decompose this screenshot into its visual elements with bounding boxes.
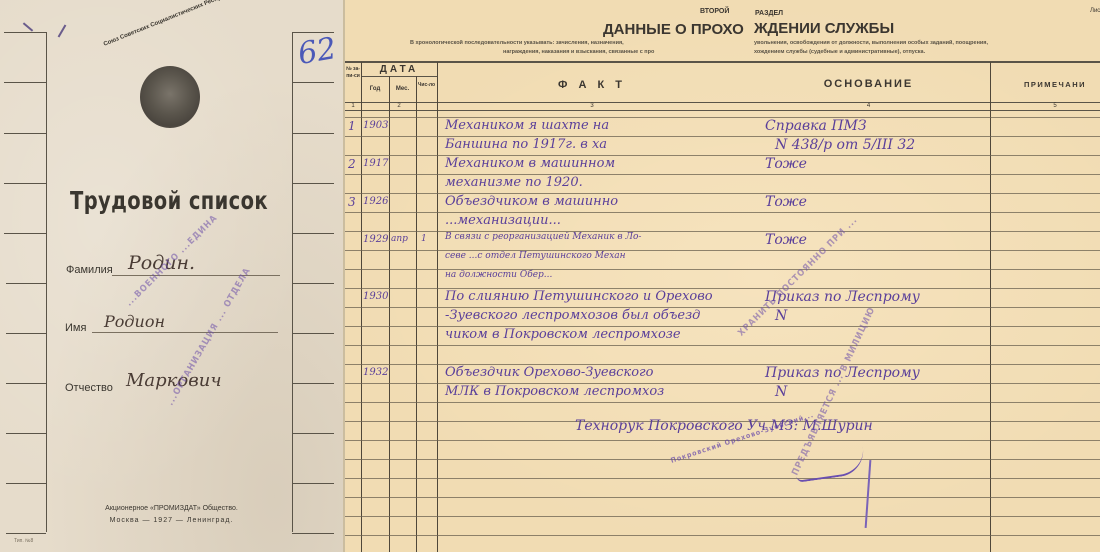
table-top-rule [345,61,1100,63]
ruled-line [345,516,1100,517]
cover-tab-line [6,283,46,284]
cover-tab-line [6,433,46,434]
publisher-city: Москва — 1927 — Ленинград. [0,517,343,524]
surname-label: Фамилия [66,264,113,276]
cover-tab-line [292,133,334,134]
entry-fact-line: МЛК в Покровском леспромхоз [445,384,664,399]
cover-right-border [292,32,293,532]
cover-tab-line [6,383,46,384]
entry-basis-line: N 438/р от 5/III 32 [775,137,915,153]
cover-tab-line [4,233,46,234]
entry-year: 1903 [363,120,388,131]
signature-tail [865,460,872,528]
date-group-rule [361,76,437,77]
entry-year: 1930 [363,291,388,302]
entry-basis-line: N [775,308,787,324]
entry-basis-line: Тоже [765,232,807,248]
entry-fact-line: В связи с реорганизацией Механик в Ло- [445,232,641,242]
cover-tab-line [292,383,334,384]
col-number-5: 5 [990,103,1100,109]
entry-day: 1 [421,234,427,244]
cover-left-border [46,32,47,532]
surname-underline [112,275,280,276]
emblem-caption: Союз Советских Социалистических Республи… [103,0,235,48]
heading-right: ЖДЕНИИ СЛУЖБЫ [754,20,894,37]
col-divider [416,76,417,552]
entry-fact-line: Баншина по 1917г. в ха [445,137,607,152]
cover-tab-line [6,333,46,334]
entry-number: 2 [348,157,356,171]
cover-tab-line [292,283,334,284]
cover-tab-line [6,533,46,534]
entry-fact-line: севе ...с отдел Петушинского Механ [445,251,626,261]
entry-fact-line: механизме по 1920. [445,175,583,190]
cover-tab-line [292,533,334,534]
col-year-header: Год [361,86,389,92]
entry-fact-line: чиком в Покровском леспромхозе [445,327,681,342]
service-record-ledger: ВТОРОЙ РАЗДЕЛ Лис ДАННЫЕ О ПРОХО ЖДЕНИИ … [345,0,1100,552]
document-title: Трудовой список [70,186,268,215]
cover-tab-line [4,183,46,184]
ruled-line [345,497,1100,498]
entry-year: 1932 [363,367,388,378]
col-number-3: 3 [437,103,747,109]
cover-tab-line [4,82,46,83]
ruled-line [345,535,1100,536]
cover-tab-line [4,32,46,33]
col-notes-header: ПРИМЕЧАНИ [990,80,1100,89]
ruled-line [345,459,1100,460]
first-name-underline [92,332,278,333]
signature-line: Технорук Покровского Уч МЗ: М.Шурин [575,418,873,434]
entry-year: 1926 [363,196,388,207]
entry-fact-line: ...механизации... [445,213,561,228]
cover-tab-line [6,483,46,484]
col-number-1: 1 [345,103,361,109]
entry-fact-line: на должности Обер... [445,270,552,280]
entry-fact-line: Механиком в машинном [445,156,615,171]
first-name-value: Родион [104,312,165,331]
entry-basis-line: N [775,384,787,400]
col-basis-header: ОСНОВАНИЕ [747,78,990,90]
col-fact-header: Ф А К Т [437,79,747,91]
ruled-line [345,402,1100,403]
emblem-caption-text: Союз Советских Социалистических Республи… [103,0,235,48]
entry-basis-line: Тоже [765,156,807,172]
entry-number: 1 [348,119,356,133]
entry-fact-line: -Зуевского леспромхозов был объезд [445,308,700,323]
instructions-left-1: В хронологической последовательности ука… [410,40,624,46]
entry-fact-line: Объездчиком в машинно [445,194,618,209]
cover-tab-line [4,133,46,134]
entry-year: 1929 [363,234,388,245]
ruled-line [345,478,1100,479]
col-month-header: Мес. [389,86,416,92]
entry-month: апр [391,234,408,244]
entry-basis-line: Тоже [765,194,807,210]
pencil-mark [58,24,67,37]
entry-fact-line: Объездчик Орехово-Зуевского [445,365,653,380]
col-date-header: ДАТА [361,64,437,75]
page-number: 62 [295,31,339,72]
instructions-right-1: увольнения, освобождения от должности, в… [754,40,988,46]
col-divider [389,76,390,552]
pencil-mark [23,22,33,31]
cover-tab-line [292,333,334,334]
entry-fact-line: Механиком я шахте на [445,118,609,133]
column-number-rule [345,110,1100,111]
col-number-4: 4 [747,103,990,109]
cover-tab-line [292,82,334,83]
instructions-left-2: награждения, наказания и взыскания, связ… [503,49,654,55]
cover-tab-line [292,433,334,434]
instructions-right-2: хождением службы (судебные и администрат… [754,49,925,55]
section-label-left: ВТОРОЙ [700,8,729,15]
col-number-2: 2 [361,103,437,109]
cover-tab-line [292,483,334,484]
entry-year: 1917 [363,158,388,169]
entry-number: 3 [348,195,356,209]
work-book-cover: 62 Союз Советских Социалистических Респу… [0,0,343,552]
col-num-header: № за-пи-си [345,66,361,80]
cover-tab-line [292,183,334,184]
ruled-line [345,345,1100,346]
heading-left: ДАННЫЕ О ПРОХО [603,21,744,38]
cover-tab-line [292,233,334,234]
section-label-right: РАЗДЕЛ [755,10,783,17]
col-day-header: Чис-ло [416,82,437,89]
entry-basis-line: Справка ПМЗ [765,118,867,134]
state-emblem-icon [140,66,200,128]
publisher-line: Акционерное «ПРОМИЗДАТ» Общество. [0,505,343,512]
entry-fact-line: По слиянию Петушинского и Орехово [445,289,713,304]
sheet-label: Лис [1090,8,1100,14]
first-name-label: Имя [65,322,86,334]
patronymic-label: Отчество [65,382,113,394]
print-mark: Тип. №8 [14,538,33,544]
